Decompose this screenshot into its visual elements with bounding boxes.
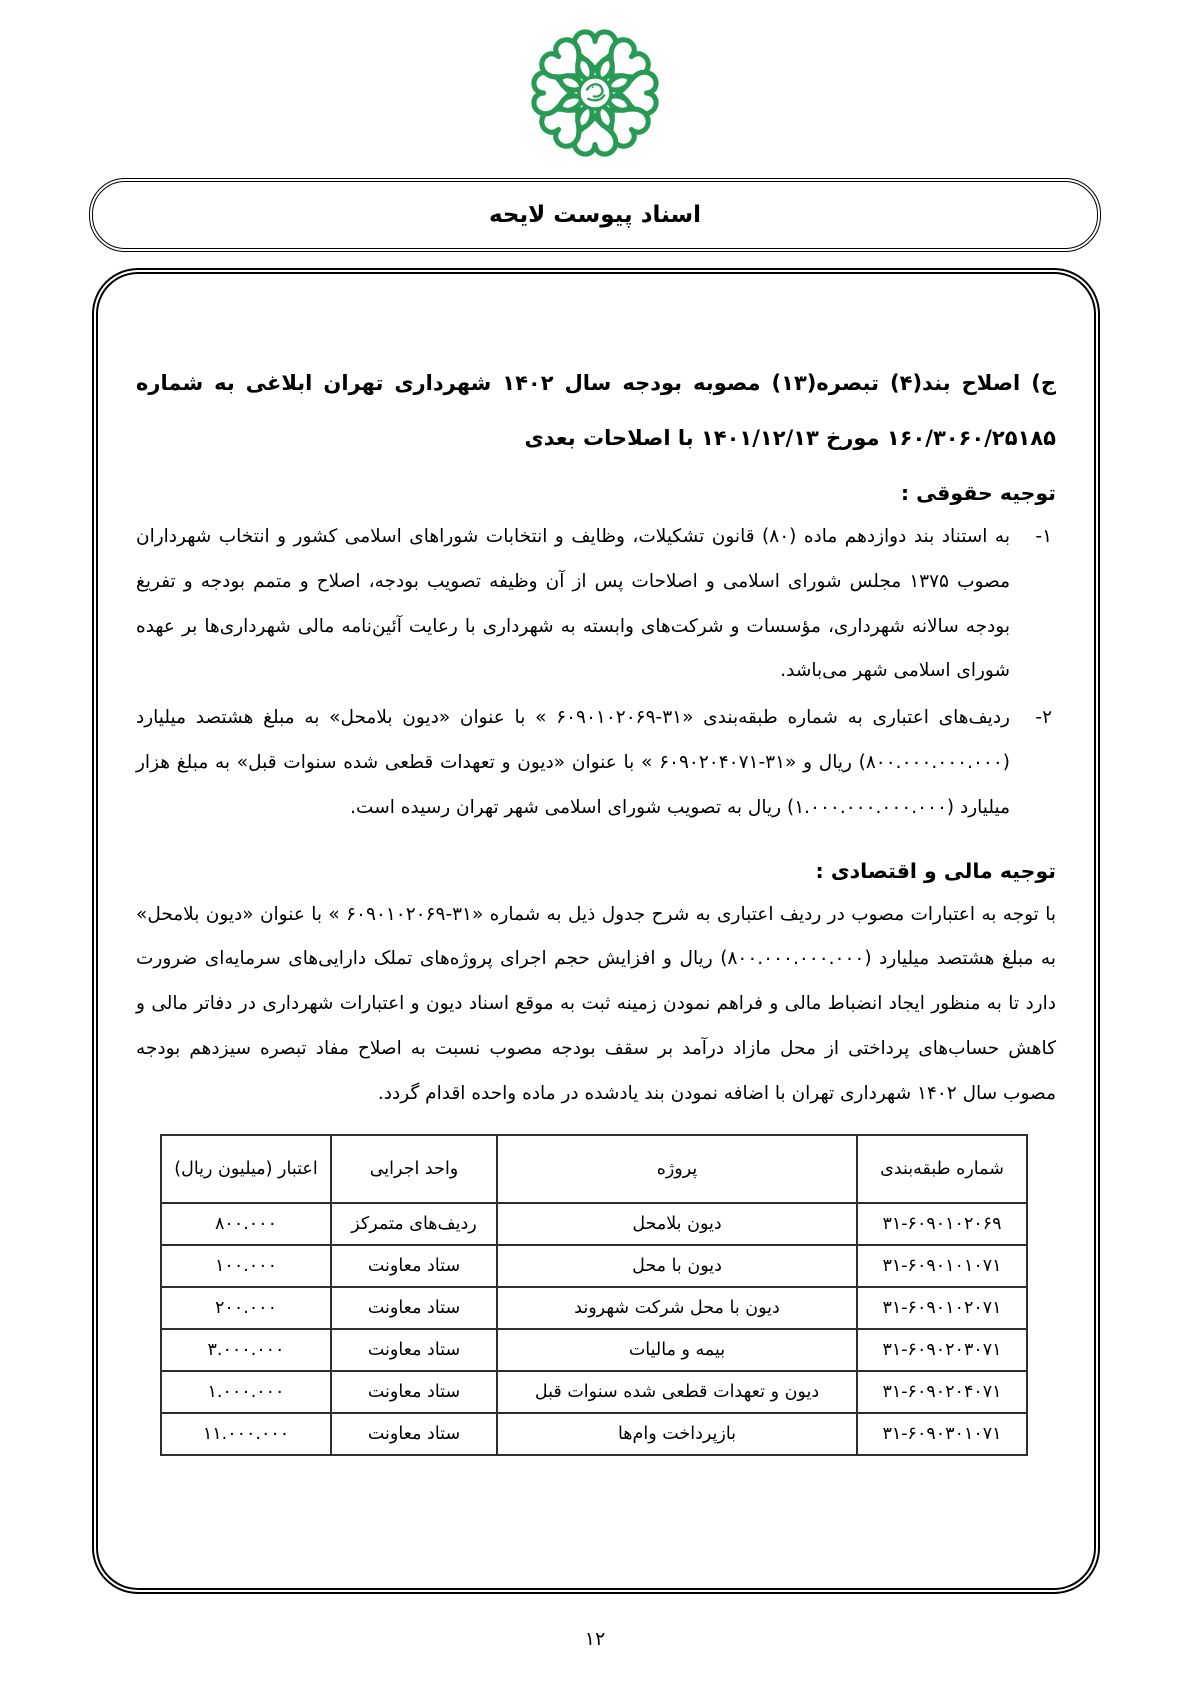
cell-credit: ۱.۰۰۰.۰۰۰ [161, 1371, 331, 1413]
cell-classification-code: ‭۳۱-۶۰۹۰۳۰۱۰۷۱‬ [857, 1413, 1027, 1455]
cell-executive-unit: ستاد معاونت [331, 1329, 497, 1371]
legal-item-1-text: به استناد بند دوازدهم ماده (۸۰) قانون تش… [136, 515, 1010, 694]
document-frame: ج) اصلاح بند(۴) تبصره(۱۳) مصوبه بودجه سا… [92, 268, 1100, 1594]
cell-project: بیمه و مالیات [497, 1329, 857, 1371]
cell-executive-unit: ستاد معاونت [331, 1245, 497, 1287]
legal-section-title: توجیه حقوقی : [136, 481, 1056, 505]
legal-item-1-number: ۱- [1035, 515, 1052, 560]
tehran-municipality-logo [524, 22, 666, 164]
table-row: ‭۳۱-۶۰۹۰۲۰۴۰۷۱‬ دیون و تعهدات قطعی شده س… [161, 1371, 1027, 1413]
cell-classification-code: ‭۳۱-۶۰۹۰۱۰۱۰۷۱‬ [857, 1245, 1027, 1287]
cell-credit: ۸۰۰.۰۰۰ [161, 1203, 331, 1245]
cell-executive-unit: ستاد معاونت [331, 1287, 497, 1329]
cell-project: دیون با محل شرکت شهروند [497, 1287, 857, 1329]
logo-container [0, 22, 1190, 164]
legal-item-2: ۲- ردیف‌های اعتباری به شماره طبقه‌بندی «… [136, 696, 1056, 830]
table-row: ‭۳۱-۶۰۹۰۱۰۲۰۶۹‬ دیون بلامحل ردیف‌های متم… [161, 1203, 1027, 1245]
cell-classification-code: ‭۳۱-۶۰۹۰۲۰۴۰۷۱‬ [857, 1371, 1027, 1413]
cell-project: دیون و تعهدات قطعی شده سنوات قبل [497, 1371, 857, 1413]
cell-project: دیون با محل [497, 1245, 857, 1287]
cell-project: دیون بلامحل [497, 1203, 857, 1245]
cell-classification-code: ‭۳۱-۶۰۹۰۲۰۳۰۷۱‬ [857, 1329, 1027, 1371]
cell-classification-code: ‭۳۱-۶۰۹۰۱۰۲۰۶۹‬ [857, 1203, 1027, 1245]
cell-project: بازپرداخت وام‌ها [497, 1413, 857, 1455]
table-row: ‭۳۱-۶۰۹۰۱۰۲۰۷۱‬ دیون با محل شرکت شهروند … [161, 1287, 1027, 1329]
cell-credit: ۳.۰۰۰.۰۰۰ [161, 1329, 331, 1371]
cell-executive-unit: ستاد معاونت [331, 1371, 497, 1413]
legal-item-1: ۱- به استناد بند دوازدهم ماده (۸۰) قانون… [136, 515, 1056, 694]
table-row: ‭۳۱-۶۰۹۰۱۰۱۰۷۱‬ دیون با محل ستاد معاونت … [161, 1245, 1027, 1287]
document-heading: ج) اصلاح بند(۴) تبصره(۱۳) مصوبه بودجه سا… [136, 356, 1056, 465]
header-banner: اسناد پیوست لایحه [89, 178, 1101, 252]
budget-table: شماره طبقه‌بندی پروژه واحد اجرایی اعتبار… [160, 1134, 1028, 1456]
financial-paragraph: با توجه به اعتبارات مصوب در ردیف اعتباری… [136, 893, 1056, 1117]
cell-credit: ۱۰۰.۰۰۰ [161, 1245, 331, 1287]
col-header-credit: اعتبار (میلیون ریال) [161, 1135, 331, 1203]
legal-item-2-number: ۲- [1035, 696, 1052, 741]
cell-classification-code: ‭۳۱-۶۰۹۰۱۰۲۰۷۱‬ [857, 1287, 1027, 1329]
legal-item-2-text: ردیف‌های اعتباری به شماره طبقه‌بندی «‭۶۰… [136, 696, 1010, 830]
table-header-row: شماره طبقه‌بندی پروژه واحد اجرایی اعتبار… [161, 1135, 1027, 1203]
col-header-executive-unit: واحد اجرایی [331, 1135, 497, 1203]
banner-title: اسناد پیوست لایحه [489, 202, 701, 228]
cell-executive-unit: ردیف‌های متمرکز [331, 1203, 497, 1245]
financial-section-title: توجیه مالی و اقتصادی : [136, 859, 1056, 883]
table-row: ‭۳۱-۶۰۹۰۳۰۱۰۷۱‬ بازپرداخت وام‌ها ستاد مع… [161, 1413, 1027, 1455]
document-page: اسناد پیوست لایحه ج) اصلاح بند(۴) تبصره(… [0, 0, 1190, 1684]
col-header-project: پروژه [497, 1135, 857, 1203]
table-row: ‭۳۱-۶۰۹۰۲۰۳۰۷۱‬ بیمه و مالیات ستاد معاون… [161, 1329, 1027, 1371]
cell-credit: ۲۰۰.۰۰۰ [161, 1287, 331, 1329]
page-number: ۱۲ [0, 1628, 1190, 1650]
cell-executive-unit: ستاد معاونت [331, 1413, 497, 1455]
cell-credit: ۱۱.۰۰۰.۰۰۰ [161, 1413, 331, 1455]
col-header-classification-code: شماره طبقه‌بندی [857, 1135, 1027, 1203]
